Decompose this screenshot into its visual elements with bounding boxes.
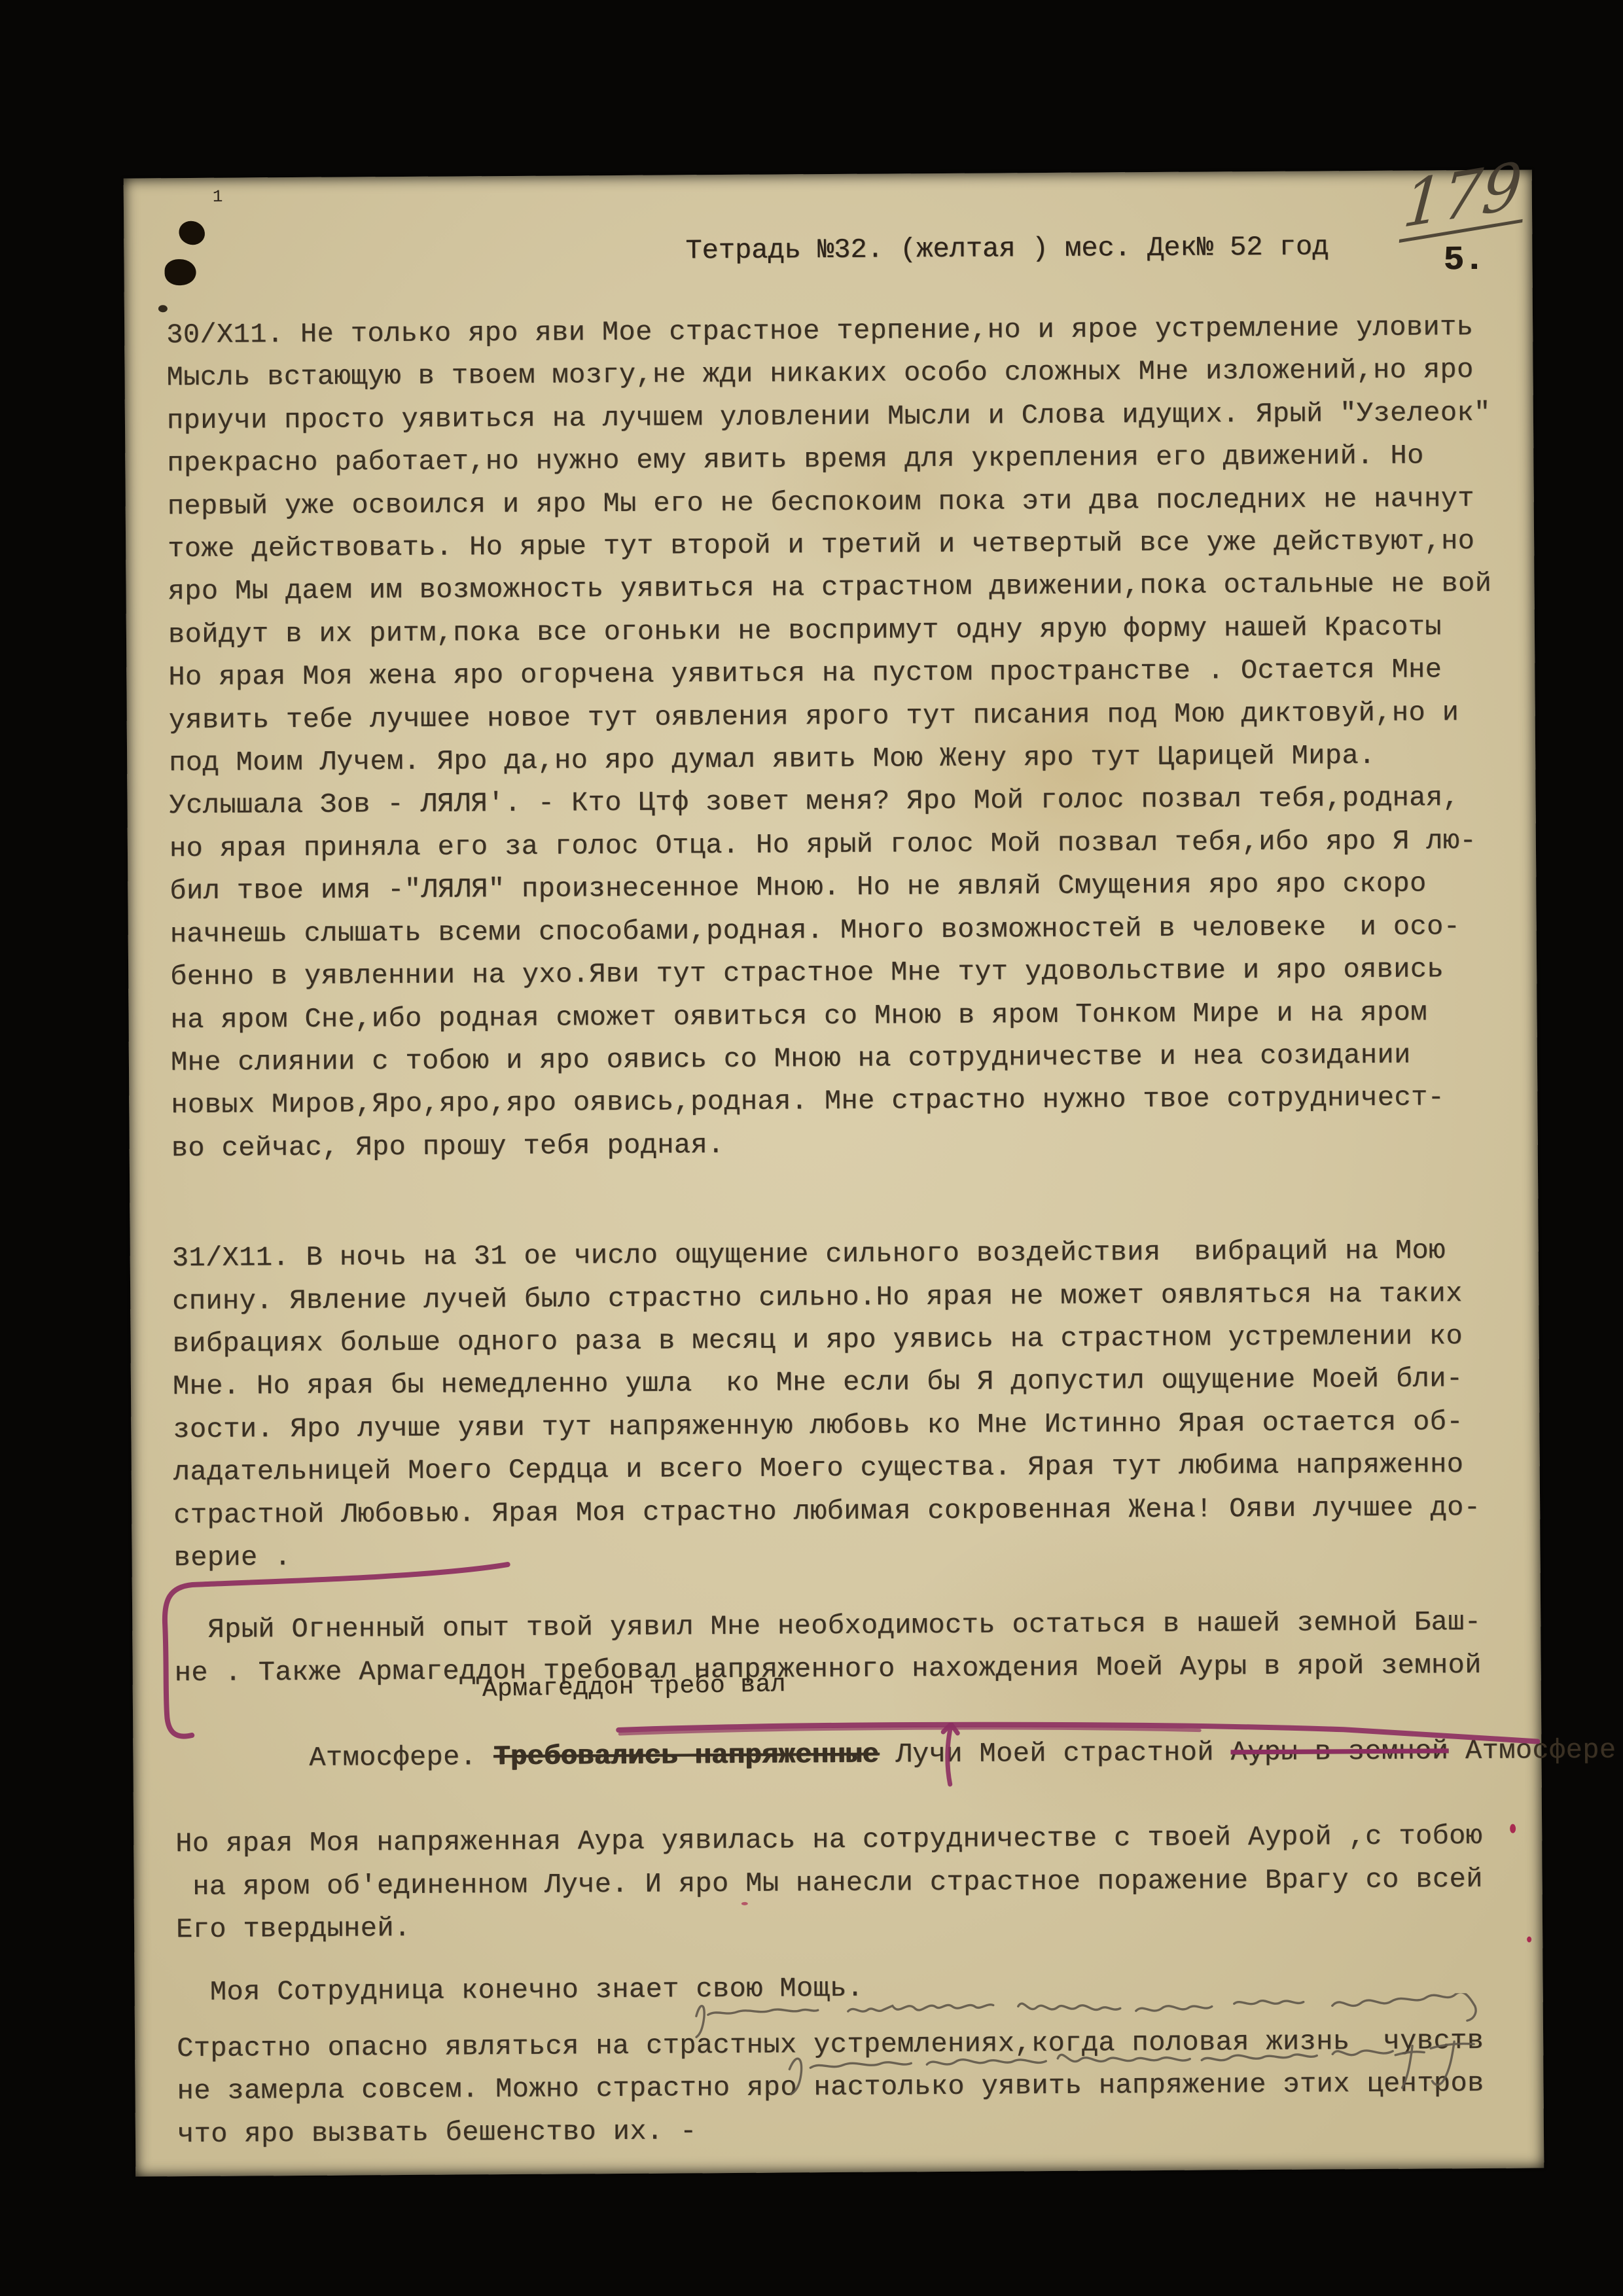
typed-interline-insertion: Армагеддон требо вал (482, 1663, 786, 1711)
typed-line: Его твердыней. (176, 1901, 1528, 1952)
typed-line: верие . (173, 1529, 1525, 1580)
typed-page-number: 5. (1443, 241, 1484, 279)
ink-blot (175, 217, 208, 248)
ink-speck (1527, 1937, 1531, 1943)
typed-line: Услышала Зов - ЛЯЛЯ'. - Кто Цтф зовет ме… (169, 777, 1521, 828)
corner-mark: 1 (213, 187, 223, 207)
bracketed-paragraph: Ярый Огненный опыт твой уявил Мне необхо… (174, 1601, 1528, 1952)
ink-blot (164, 259, 196, 285)
typed-line: Мысль встающую в твоем мозгу,не жди ника… (166, 349, 1518, 400)
overstruck-segment: Требовались напряженные (493, 1739, 879, 1773)
typed-line: бил твое имя -"ЛЯЛЯ" произнесенное Мною.… (169, 862, 1522, 913)
typed-line: яро Мы даем им возможность уявиться на с… (168, 563, 1520, 614)
line-segment: Атмосфере (1448, 1734, 1616, 1767)
typed-line: спину. Явление лучей было страстно сильн… (172, 1272, 1524, 1323)
line-segment: Лучи Моей страстной (879, 1737, 1231, 1770)
ink-blot (158, 305, 168, 312)
typed-line: Мне. Но ярая бы немедленно ушла ко Мне е… (173, 1358, 1525, 1409)
typed-line: ладательницей Моего Сердца и всего Моего… (173, 1443, 1525, 1494)
typed-line: новых Миров,Яро,яро,яро оявись,родная. М… (171, 1076, 1523, 1127)
notebook-header: Тетрадь №32. (желтая ) мес. Дек№ 52 год (685, 231, 1329, 266)
typed-line: что яро вызвать бешенство их. - (177, 2105, 1529, 2156)
ink-struck-segment: Ауры в земной (1230, 1735, 1448, 1768)
ink-speck (1510, 1824, 1516, 1833)
typed-line: на яром Сне,ибо родная сможет оявиться с… (170, 991, 1522, 1042)
typed-line: Но ярая Моя жена яро огорчена уявиться н… (168, 648, 1520, 699)
typed-line: Но ярая Моя напряженная Аура уявилась на… (175, 1815, 1527, 1866)
document-page: 1 Тетрадь №32. (желтая ) мес. Дек№ 52 го… (124, 169, 1544, 2176)
typed-line: Ярый Огненный опыт твой уявил Мне необхо… (174, 1601, 1526, 1652)
ink-speck (741, 1902, 748, 1905)
scan-background: { "doc": { "header": "Тетрадь №32. (желт… (0, 0, 1623, 2296)
handwritten-annotation (691, 1992, 1536, 2109)
typed-line: прекрасно работает,но нужно ему явить вр… (167, 434, 1519, 486)
typed-line: бенно в уявленнии на ухо.Яви тут страстн… (170, 948, 1522, 999)
typed-line: страстной Любовью. Ярая Моя страстно люб… (173, 1486, 1525, 1537)
handwritten-page-number: 179 (1399, 151, 1529, 243)
typed-text-body: 30/Х11. Не только яро яви Мое страстное … (166, 306, 1529, 2157)
typed-line: во сейчас, Яро прошу тебя родная. (171, 1119, 1524, 1170)
typed-line: на яром об'единенном Луче. И яро Мы нане… (175, 1858, 1527, 1909)
typed-line-with-corrections: Армагеддон требо валАтмосфере. Требовали… (175, 1687, 1527, 1824)
line-segment: Атмосфере. (309, 1741, 493, 1774)
entry-31-dec: 31/Х11. В ночь на 31 ое число ощущение с… (172, 1229, 1526, 1580)
typed-line: 31/Х11. В ночь на 31 ое число ощущение с… (172, 1229, 1524, 1280)
entry-30-dec: 30/Х11. Не только яро яви Мое страстное … (166, 306, 1524, 1171)
